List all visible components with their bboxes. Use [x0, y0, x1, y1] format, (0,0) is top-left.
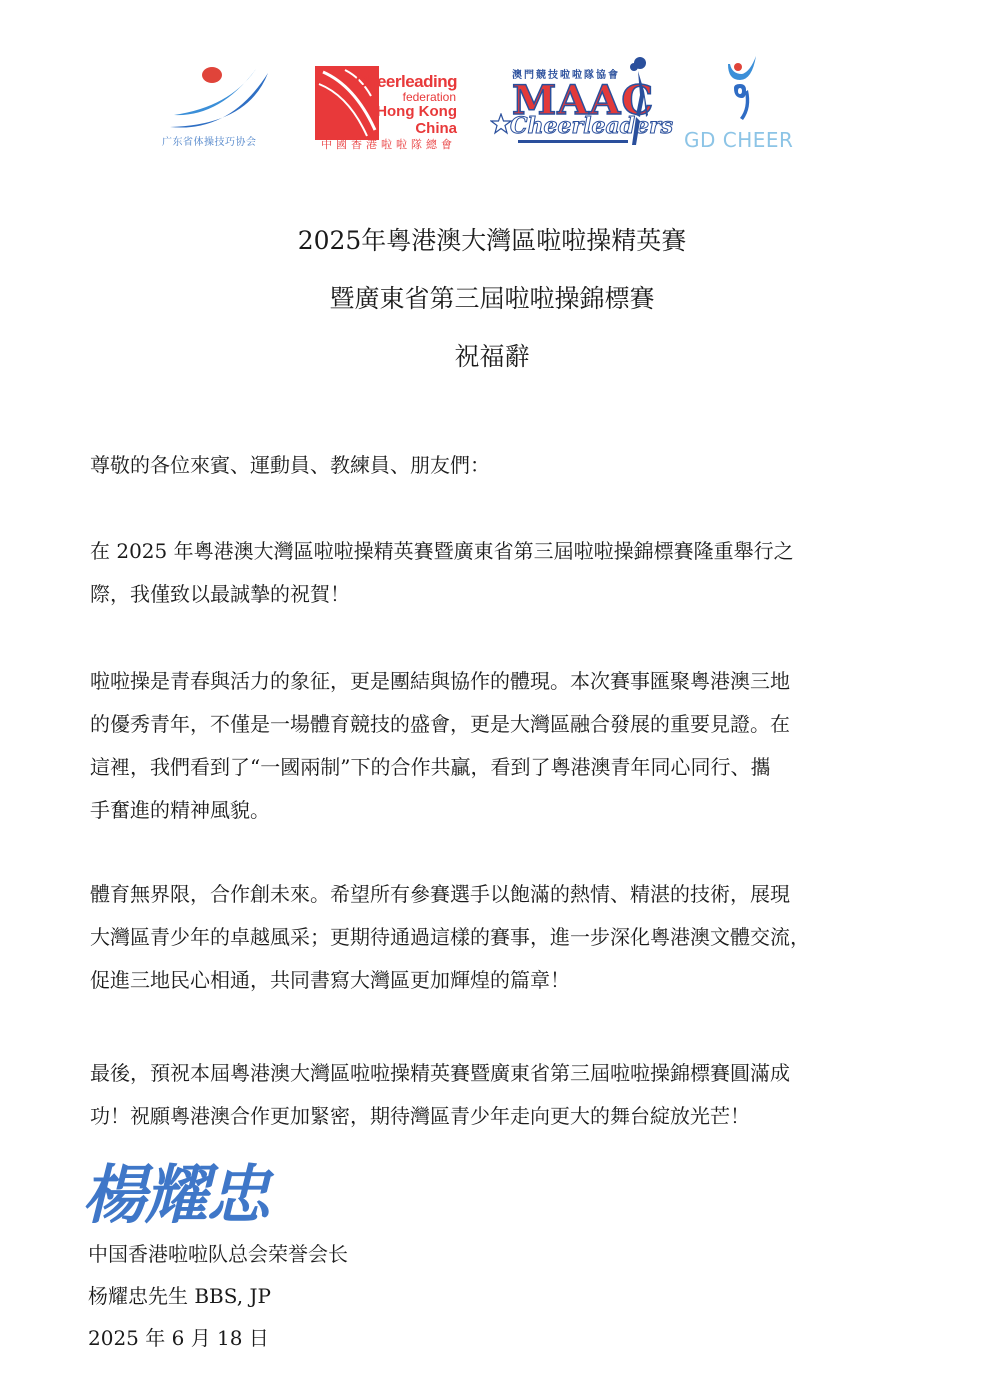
paragraph-line: 在 2025 年粵港澳大灣區啦啦操精英賽暨廣東省第三屆啦啦操錦標賽隆重舉行之 — [90, 530, 860, 573]
signatory-title: 中国香港啦啦队总会荣誉会长 — [88, 1238, 348, 1267]
gd-cheer-figure-icon — [670, 50, 810, 125]
salutation: 尊敬的各位來賓、運動員、教練員、朋友們： — [90, 444, 860, 487]
federation-text-line3: Hong Kong — [376, 103, 457, 120]
paragraph-line: 這裡，我們看到了“一國兩制”下的合作共贏，看到了粵港澳青年同心同行、攜 — [90, 746, 860, 789]
paragraph-line: 大灣區青少年的卓越風采；更期待通過這樣的賽事，進一步深化粵港澳文體交流， — [90, 916, 860, 959]
cheerleader-figure-icon — [626, 55, 650, 147]
paragraph-line: 功！祝願粵港澳合作更加緊密，期待灣區青少年走向更大的舞台綻放光芒！ — [90, 1095, 860, 1138]
paragraph-line: 體育無界限，合作創未來。希望所有參賽選手以飽滿的熱情、精湛的技術，展現 — [90, 873, 860, 916]
document-title-line3: 祝福辭 — [0, 337, 984, 373]
paragraph-4: 最後，預祝本屆粵港澳大灣區啦啦操精英賽暨廣東省第三屆啦啦操錦標賽圓滿成 功！祝願… — [90, 1052, 860, 1138]
federation-text-line4: China — [415, 120, 457, 137]
cheerleading-federation-hk-logo: Cheerleading federation Hong Kong China … — [305, 50, 465, 155]
federation-text-line1: Cheerleading — [355, 72, 457, 92]
paragraph-line: 最後，預祝本屆粵港澳大灣區啦啦操精英賽暨廣東省第三屆啦啦操錦標賽圓滿成 — [90, 1052, 860, 1095]
document-date: 2025 年 6 月 18 日 — [88, 1322, 269, 1351]
paragraph-3: 體育無界限，合作創未來。希望所有參賽選手以飽滿的熱情、精湛的技術，展現 大灣區青… — [90, 873, 860, 1002]
paragraph-line: 的優秀青年，不僅是一場體育競技的盛會，更是大灣區融合發展的重要見證。在 — [90, 703, 860, 746]
document-title-line2: 暨廣東省第三屆啦啦操錦標賽 — [0, 279, 984, 315]
paragraph-line: 手奮進的精神風貌。 — [90, 789, 860, 832]
federation-text-line2: federation — [403, 90, 456, 104]
paragraph-1: 在 2025 年粵港澳大灣區啦啦操精英賽暨廣東省第三屆啦啦操錦標賽隆重舉行之 際… — [90, 530, 860, 616]
guangdong-gymnastics-association-logo: 广东省体操技巧协会 — [160, 55, 280, 150]
gd-cheer-logo: GD CHEER — [670, 50, 810, 155]
logo-header: 广东省体操技巧协会 Cheerleading federation Hong K… — [0, 0, 984, 170]
signatory-name: 杨耀忠先生 BBS, JP — [88, 1280, 271, 1309]
paragraph-2: 啦啦操是青春與活力的象征，更是團結與協作的體現。本次賽事匯聚粵港澳三地 的優秀青… — [90, 660, 860, 832]
maac-cheerleaders-logo: 澳門競技啦啦隊協會 MAAC Cheerleaders — [490, 55, 650, 155]
maac-underline — [518, 140, 628, 143]
logo4-caption: GD CHEER — [684, 128, 793, 152]
logo2-caption: 中國香港啦啦隊總會 — [321, 136, 456, 152]
handwritten-signature: 楊耀忠 — [82, 1148, 292, 1234]
paragraph-line: 啦啦操是青春與活力的象征，更是團結與協作的體現。本次賽事匯聚粵港澳三地 — [90, 660, 860, 703]
swoosh-emblem-icon — [160, 55, 280, 135]
star-icon — [490, 113, 512, 143]
paragraph-line: 際，我僅致以最誠摯的祝賀！ — [90, 573, 860, 616]
logo1-caption: 广东省体操技巧协会 — [162, 133, 257, 148]
document-title-line1: 2025年粵港澳大灣區啦啦操精英賽 — [0, 221, 984, 257]
signature-text: 楊耀忠 — [82, 1144, 268, 1236]
paragraph-line: 促進三地民心相通，共同書寫大灣區更加輝煌的篇章！ — [90, 959, 860, 1002]
